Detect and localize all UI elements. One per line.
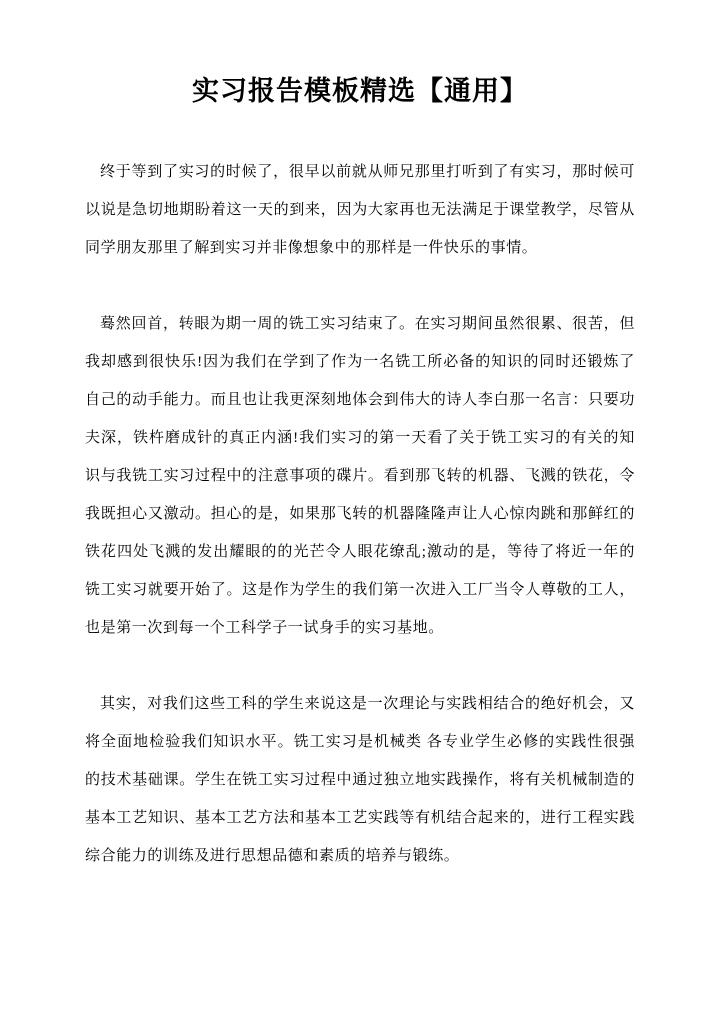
paragraph-3: 其实，对我们这些工科的学生来说这是一次理论与实践相结合的绝好机会，又将全面地检验…: [85, 685, 635, 875]
paragraph-1: 终于等到了实习的时候了，很早以前就从师兄那里打听到了有实习，那时候可以说是急切地…: [85, 153, 635, 267]
paragraph-2: 蓦然回首，转眼为期一周的铣工实习结束了。在实习期间虽然很累、很苦，但我却感到很快…: [85, 305, 635, 647]
document-page: 实习报告模板精选【通用】 终于等到了实习的时候了，很早以前就从师兄那里打听到了有…: [0, 0, 721, 1020]
document-title: 实习报告模板精选【通用】: [85, 74, 635, 109]
